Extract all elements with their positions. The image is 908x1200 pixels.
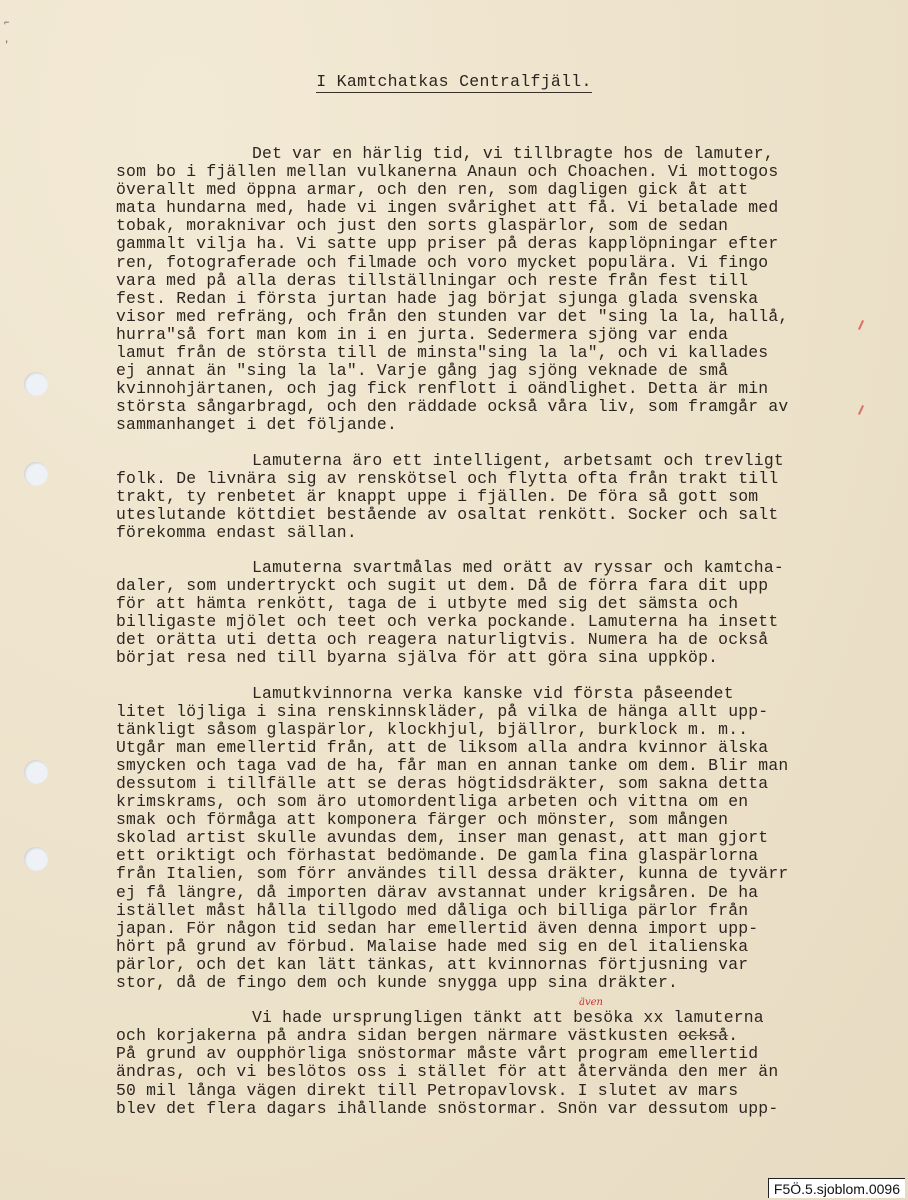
paragraph: Vi hade ursprungligen tänkt att besöka x… (116, 1009, 836, 1118)
text-line: som bo i fjällen mellan vulkanerna Anaun… (116, 163, 836, 181)
text-line: Vi hade ursprungligen tänkt att besöka x… (116, 1009, 836, 1027)
text-line: istället måst hålla tillgodo med dåliga … (116, 902, 836, 920)
text-line: hört på grund av förbud. Malaise hade me… (116, 938, 836, 956)
text-line: dessutom i tillfälle att se deras högtid… (116, 775, 836, 793)
text-line: ren, fotograferade och filmade och voro … (116, 254, 836, 272)
document-body: Det var en härlig tid, vi tillbragte hos… (116, 145, 836, 1135)
punch-hole (24, 462, 48, 486)
text-line: stor, då de fingo dem och kunde snygga u… (116, 974, 836, 992)
text-line: börjat resa ned till byarna själva för a… (116, 649, 836, 667)
text-line: litet löjliga i sina renskinnskläder, på… (116, 703, 836, 721)
margin-scribble: ' (4, 40, 9, 50)
text-line: lamut från de största till de minsta"sin… (116, 344, 836, 362)
text-line: Lamutkvinnorna verka kanske vid första p… (116, 685, 836, 703)
text-line: uteslutande köttdiet bestående av osalta… (116, 506, 836, 524)
red-margin-mark (858, 320, 864, 330)
paragraph: Lamutkvinnorna verka kanske vid första p… (116, 685, 836, 993)
text-line: På grund av oupphörliga snöstormar måste… (116, 1045, 836, 1063)
text-line: största sångarbragd, och den räddade ock… (116, 398, 836, 416)
text-line: förekomma endast sällan. (116, 524, 836, 542)
red-margin-mark (858, 405, 864, 415)
punch-hole (24, 760, 48, 784)
text-line: visor med refräng, och från den stunden … (116, 308, 836, 326)
text-line: och korjakerna på andra sidan bergen när… (116, 1027, 836, 1045)
text-line: Det var en härlig tid, vi tillbragte hos… (116, 145, 836, 163)
text-line: sammanhanget i det följande. (116, 416, 836, 434)
text-line: skolad artist skulle avundas dem, inser … (116, 829, 836, 847)
text-line: blev det flera dagars ihållande snöstorm… (116, 1100, 836, 1118)
text-line: krimskrams, och som äro utomordentliga a… (116, 793, 836, 811)
text-line: kvinnohjärtanen, och jag fick renflott i… (116, 380, 836, 398)
text-line: det orätta uti detta och reagera naturli… (116, 631, 836, 649)
text-line: Lamuterna äro ett intelligent, arbetsamt… (116, 452, 836, 470)
margin-scribble: ⌐ (4, 18, 9, 28)
archive-label: F5Ö.5.sjoblom.0096 (768, 1178, 905, 1198)
text-line: tänkligt såsom glaspärlor, klockhjul, bj… (116, 721, 836, 739)
punch-hole (24, 847, 48, 871)
text-line: 50 mil långa vägen direkt till Petropavl… (116, 1082, 836, 1100)
text-line: pärlor, och det kan lätt tänkas, att kvi… (116, 956, 836, 974)
text-line: tobak, moraknivar och just den sorts gla… (116, 217, 836, 235)
text-line: mata hundarna med, hade vi ingen svårigh… (116, 199, 836, 217)
text-line: ej annat än "sing la la". Varje gång jag… (116, 362, 836, 380)
paragraph: Lamuterna svartmålas med orätt av ryssar… (116, 559, 836, 668)
text-line: smak och förmåga att komponera färger oc… (116, 811, 836, 829)
paragraph: Det var en härlig tid, vi tillbragte hos… (116, 145, 836, 435)
text-line: ett oriktigt och förhastat bedömande. De… (116, 847, 836, 865)
text-line: japan. För någon tid sedan har emellerti… (116, 920, 836, 938)
text-line: hurra"så fort man kom in i en jurta. Sed… (116, 326, 836, 344)
text-line: ej få längre, då importen därav avstanna… (116, 884, 836, 902)
text-line: billigaste mjölet och teet och verka poc… (116, 613, 836, 631)
text-line: gammalt vilja ha. Vi satte upp priser på… (116, 235, 836, 253)
text-line: smycken och taga vad de ha, får man en a… (116, 757, 836, 775)
text-line: överallt med öppna armar, och den ren, s… (116, 181, 836, 199)
text-line: vara med på alla deras tillställningar o… (116, 272, 836, 290)
text-line: Utgår man emellertid från, att de liksom… (116, 739, 836, 757)
text-line: från Italien, som förr användes till des… (116, 865, 836, 883)
paragraph: Lamuterna äro ett intelligent, arbetsamt… (116, 452, 836, 542)
text-line: Lamuterna svartmålas med orätt av ryssar… (116, 559, 836, 577)
document-title: I Kamtchatkas Centralfjäll. (0, 72, 908, 91)
text-line: folk. De livnära sig av renskötsel och f… (116, 470, 836, 488)
text-line: trakt, ty renbetet är knappt uppe i fjäl… (116, 488, 836, 506)
text-line: ändras, och vi beslötos oss i stället fö… (116, 1063, 836, 1081)
punch-hole (24, 372, 48, 396)
text-line: för att hämta renkött, taga de i utbyte … (116, 595, 836, 613)
struck-word: också (678, 1026, 728, 1045)
text-line: fest. Redan i första jurtan hade jag bör… (116, 290, 836, 308)
text-line: daler, som undertryckt och sugit ut dem.… (116, 577, 836, 595)
